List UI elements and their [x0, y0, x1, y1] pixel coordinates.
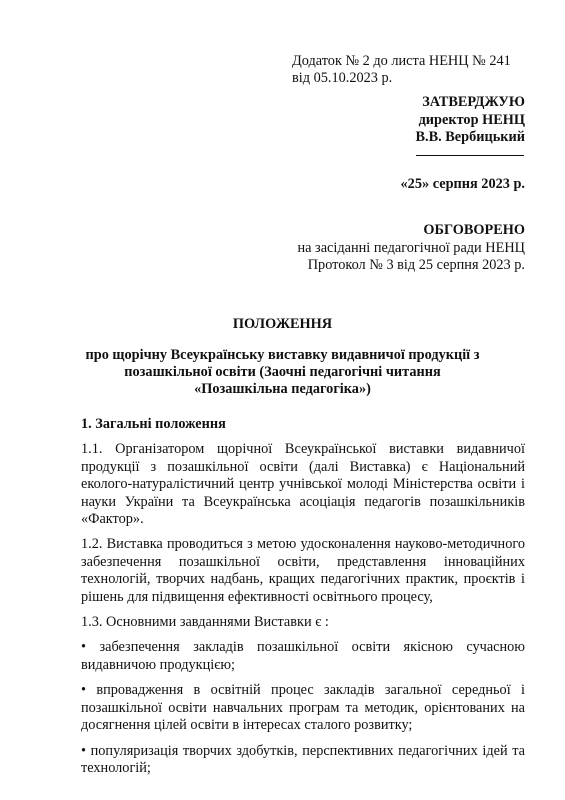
approval-name: В.В. Вербицький	[415, 129, 525, 147]
bullet-item: • популяризація творчих здобутків, персп…	[81, 743, 525, 778]
bullet-item: • впровадження в освітній процес закладі…	[81, 682, 525, 734]
section-general-provisions: 1. Загальні положення 1.1. Організатором…	[81, 416, 525, 785]
approval-block: ЗАТВЕРДЖУЮ директор НЕНЦ В.В. Вербицький	[415, 94, 525, 147]
section-heading: 1. Загальні положення	[81, 416, 525, 433]
discussion-block: ОБГОВОРЕНО на засіданні педагогічної рад…	[297, 222, 525, 275]
paragraph-1-1: 1.1. Організатором щорічної Всеукраїнськ…	[81, 441, 525, 528]
bullet-item: • забезпечення закладів позашкільної осв…	[81, 639, 525, 674]
discussion-title: ОБГОВОРЕНО	[297, 222, 525, 240]
document-subtitle-line3: «Позашкільна педагогіка»)	[60, 381, 505, 398]
approval-position: директор НЕНЦ	[415, 112, 525, 130]
document-page: Додаток № 2 до листа НЕНЦ № 241 від 05.1…	[0, 0, 565, 800]
document-subtitle: про щорічну Всеукраїнську виставку видав…	[60, 347, 505, 398]
appendix-note-line1: Додаток № 2 до листа НЕНЦ № 241	[292, 53, 532, 70]
paragraph-1-2: 1.2. Виставка проводиться з метою удоско…	[81, 536, 525, 606]
approval-title: ЗАТВЕРДЖУЮ	[415, 94, 525, 112]
signature-line	[416, 155, 524, 156]
discussion-line2: Протокол № 3 від 25 серпня 2023 р.	[297, 257, 525, 275]
paragraph-1-3: 1.3. Основними завданнями Виставки є :	[81, 614, 525, 631]
approval-date: «25» серпня 2023 р.	[401, 176, 525, 194]
appendix-note-line2: від 05.10.2023 р.	[292, 70, 532, 87]
document-subtitle-line1: про щорічну Всеукраїнську виставку видав…	[60, 347, 505, 364]
discussion-line1: на засіданні педагогічної ради НЕНЦ	[297, 240, 525, 258]
document-subtitle-line2: позашкільної освіти (Заочні педагогічні …	[60, 364, 505, 381]
document-title: ПОЛОЖЕННЯ	[60, 316, 505, 333]
appendix-note: Додаток № 2 до листа НЕНЦ № 241 від 05.1…	[292, 53, 532, 87]
